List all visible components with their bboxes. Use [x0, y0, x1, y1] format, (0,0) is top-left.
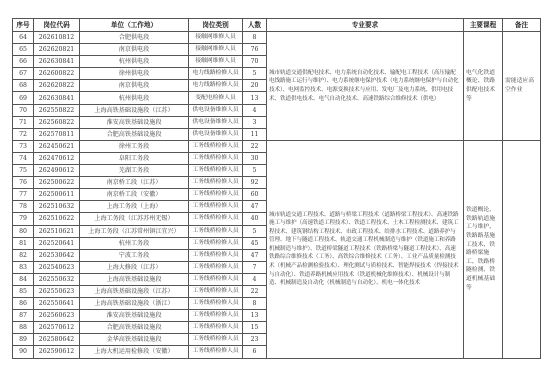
- seq-cell: 68: [13, 80, 34, 92]
- count-cell: 47: [243, 249, 267, 261]
- code-cell: 262570612: [34, 322, 80, 334]
- unit-cell: 杭州供电段: [80, 56, 189, 68]
- code-cell: 262550822: [34, 104, 80, 116]
- unit-cell: 淮安高铁基础设施段: [80, 116, 189, 128]
- category-cell: 工务线桥检修人员: [189, 334, 243, 346]
- code-cell: 262510622: [34, 213, 80, 225]
- code-cell: 262540623: [34, 261, 80, 273]
- code-cell: 262450621: [34, 140, 80, 152]
- seq-cell: 66: [13, 56, 34, 68]
- code-cell: 262600822: [34, 68, 80, 80]
- code-cell: 262580642: [34, 334, 80, 346]
- count-cell: 60: [243, 189, 267, 201]
- unit-cell: 阜阳工务段: [80, 152, 189, 164]
- count-cell: 47: [243, 201, 267, 213]
- count-cell: 5: [243, 68, 267, 80]
- note-cell: 需能适应高空作业: [503, 32, 541, 141]
- code-cell: 262630841: [34, 92, 80, 104]
- unit-cell: 南京桥工段（江苏）: [80, 177, 189, 189]
- count-cell: 4: [243, 273, 267, 285]
- header-unit: 单位（工作地）: [80, 19, 189, 32]
- category-cell: 接触网维修人员: [189, 56, 243, 68]
- seq-cell: 69: [13, 92, 34, 104]
- category-cell: 工务线桥检修人员: [189, 310, 243, 322]
- category-cell: 工务线桥检修人员: [189, 322, 243, 334]
- header-course: 主要课程: [464, 19, 503, 32]
- category-cell: 工务线桥检修人员: [189, 201, 243, 213]
- category-cell: 工务线桥检修人员: [189, 140, 243, 152]
- seq-cell: 64: [13, 32, 34, 44]
- seq-cell: 79: [13, 213, 34, 225]
- count-cell: 5: [243, 165, 267, 177]
- count-cell: 70: [243, 56, 267, 68]
- seq-cell: 74: [13, 152, 34, 164]
- code-cell: 262490612: [34, 165, 80, 177]
- code-cell: 262560822: [34, 116, 80, 128]
- unit-cell: 上海工务段（江苏常州镇江宜兴）: [80, 225, 189, 237]
- count-cell: 4: [243, 104, 267, 116]
- table-body: 64262610812合肥供电段接触网维修人员8城市轨道交通供配电技术、电力系统…: [13, 32, 541, 359]
- code-cell: 262610812: [34, 32, 80, 44]
- count-cell: 23: [243, 334, 267, 346]
- count-cell: 8: [243, 298, 267, 310]
- unit-cell: 上海高铁基础设施段（江苏）: [80, 285, 189, 297]
- count-cell: 40: [243, 213, 267, 225]
- code-cell: 262630841: [34, 56, 80, 68]
- category-cell: 工务线桥检修人员: [189, 298, 243, 310]
- category-cell: 工务线桥检修人员: [189, 225, 243, 237]
- unit-cell: 上海大修段（江苏）: [80, 261, 189, 273]
- seq-cell: 88: [13, 322, 34, 334]
- code-cell: 262570811: [34, 128, 80, 140]
- seq-cell: 87: [13, 310, 34, 322]
- seq-cell: 86: [13, 298, 34, 310]
- code-cell: 262510621: [34, 225, 80, 237]
- category-cell: 工务线桥检修人员: [189, 261, 243, 273]
- seq-cell: 82: [13, 249, 34, 261]
- category-cell: 工务线桥检修人员: [189, 273, 243, 285]
- count-cell: 45: [243, 237, 267, 249]
- category-cell: 工务线桥检修人员: [189, 249, 243, 261]
- unit-cell: 南京供电段: [80, 80, 189, 92]
- code-cell: 262520641: [34, 237, 80, 249]
- header-row: 序号 岗位代码 单位（工作地） 岗位类别 人数 专业要求 主要课程 备注: [13, 19, 541, 32]
- code-cell: 262620821: [34, 44, 80, 56]
- count-cell: 11: [243, 128, 267, 140]
- code-cell: 262550623: [34, 285, 80, 297]
- unit-cell: 合肥高铁基础设施段: [80, 322, 189, 334]
- unit-cell: 上海高铁基础设施段（江苏）: [80, 104, 189, 116]
- header-category: 岗位类别: [189, 19, 243, 32]
- code-cell: 262560623: [34, 310, 80, 322]
- seq-cell: 70: [13, 104, 34, 116]
- category-cell: 电力线路检修人员: [189, 80, 243, 92]
- seq-cell: 72: [13, 128, 34, 140]
- course-cell: 电气化铁道概论、铁路供配电技术等: [464, 32, 503, 141]
- unit-cell: 徐州供电段: [80, 68, 189, 80]
- unit-cell: 上海工务段（江苏苏州无锡）: [80, 213, 189, 225]
- category-cell: 工务线桥检修人员: [189, 165, 243, 177]
- count-cell: 13: [243, 310, 267, 322]
- seq-cell: 85: [13, 285, 34, 297]
- table-row: 64262610812合肥供电段接触网维修人员8城市轨道交通供配电技术、电力系统…: [13, 32, 541, 44]
- code-cell: 262470612: [34, 152, 80, 164]
- count-cell: 22: [243, 285, 267, 297]
- count-cell: 15: [243, 322, 267, 334]
- header-note: 备注: [503, 19, 541, 32]
- seq-cell: 83: [13, 261, 34, 273]
- count-cell: 22: [243, 140, 267, 152]
- unit-cell: 合肥高铁基础设施段: [80, 128, 189, 140]
- count-cell: 6: [243, 346, 267, 358]
- category-cell: 供电设备维修人员: [189, 104, 243, 116]
- count-cell: 3: [243, 116, 267, 128]
- code-cell: 262590612: [34, 346, 80, 358]
- count-cell: 5: [243, 225, 267, 237]
- unit-cell: 上海高铁基础设施段（浙江）: [80, 298, 189, 310]
- table-row: 73262450621徐州工务段工务线桥检修人员22城市轨道交通工程技术、道路与…: [13, 140, 541, 152]
- category-cell: 工务线桥检修人员: [189, 189, 243, 201]
- unit-cell: 宁波工务段: [80, 249, 189, 261]
- count-cell: 76: [243, 44, 267, 56]
- recruitment-table: 序号 岗位代码 单位（工作地） 岗位类别 人数 专业要求 主要课程 备注 642…: [12, 18, 541, 359]
- category-cell: 供电设备维修人员: [189, 128, 243, 140]
- seq-cell: 90: [13, 346, 34, 358]
- count-cell: 30: [243, 152, 267, 164]
- category-cell: 工务线桥检修人员: [189, 177, 243, 189]
- category-cell: 工务线桥检修人员: [189, 237, 243, 249]
- header-seq: 序号: [13, 19, 34, 32]
- seq-cell: 73: [13, 140, 34, 152]
- category-cell: 工务线桥检修人员: [189, 346, 243, 358]
- seq-cell: 75: [13, 165, 34, 177]
- category-cell: 变配电检修人员: [189, 92, 243, 104]
- header-requirement: 专业要求: [267, 19, 464, 32]
- category-cell: 电力线路检修人员: [189, 68, 243, 80]
- category-cell: 工务线桥检修人员: [189, 152, 243, 164]
- unit-cell: 杭州供电段: [80, 92, 189, 104]
- header-code: 岗位代码: [34, 19, 80, 32]
- seq-cell: 81: [13, 237, 34, 249]
- category-cell: 供电设备维修人员: [189, 116, 243, 128]
- unit-cell: 徐州工务段: [80, 140, 189, 152]
- seq-cell: 77: [13, 189, 34, 201]
- unit-cell: 淮安高铁基础设施段: [80, 310, 189, 322]
- unit-cell: 南京桥工段（安徽）: [80, 189, 189, 201]
- unit-cell: 南京供电段: [80, 44, 189, 56]
- requirement-cell: 城市轨道交通工程技术、道路与桥梁工程技术（道路桥梁工程技术）、高速铁路施工与维护…: [267, 140, 464, 358]
- code-cell: 262500622: [34, 177, 80, 189]
- code-cell: 262500611: [34, 189, 80, 201]
- count-cell: 20: [243, 80, 267, 92]
- unit-cell: 上海工务段（上海）: [80, 201, 189, 213]
- code-cell: 262550632: [34, 273, 80, 285]
- count-cell: 8: [243, 32, 267, 44]
- seq-cell: 89: [13, 334, 34, 346]
- seq-cell: 80: [13, 225, 34, 237]
- unit-cell: 上海大机运用检修段（安徽）: [80, 346, 189, 358]
- category-cell: 接触网维修人员: [189, 44, 243, 56]
- note-cell: [503, 140, 541, 358]
- seq-cell: 67: [13, 68, 34, 80]
- category-cell: 接触网维修人员: [189, 32, 243, 44]
- seq-cell: 71: [13, 116, 34, 128]
- course-cell: 铁道概论、铁路轨道施工与维护、铁路路基施工技术、铁路桥梁施工、铁路桥隧检测、铁道…: [464, 140, 503, 358]
- unit-cell: 上海高铁基础设施段: [80, 273, 189, 285]
- unit-cell: 合肥供电段: [80, 32, 189, 44]
- code-cell: 262620822: [34, 80, 80, 92]
- seq-cell: 84: [13, 273, 34, 285]
- header-count: 人数: [243, 19, 267, 32]
- category-cell: 工务线桥检修人员: [189, 213, 243, 225]
- code-cell: 262550641: [34, 298, 80, 310]
- unit-cell: 金华高铁基础设施段: [80, 334, 189, 346]
- requirement-cell: 城市轨道交通供配电技术、电力系统自动化技术、输配电工程技术（高压输配电线路施工运…: [267, 32, 464, 141]
- code-cell: 262530642: [34, 249, 80, 261]
- code-cell: 262510632: [34, 201, 80, 213]
- unit-cell: 杭州工务段: [80, 237, 189, 249]
- count-cell: 7: [243, 261, 267, 273]
- seq-cell: 76: [13, 177, 34, 189]
- count-cell: 92: [243, 177, 267, 189]
- unit-cell: 芜湖工务段: [80, 165, 189, 177]
- seq-cell: 65: [13, 44, 34, 56]
- category-cell: 工务线桥检修人员: [189, 285, 243, 297]
- seq-cell: 78: [13, 201, 34, 213]
- count-cell: 13: [243, 92, 267, 104]
